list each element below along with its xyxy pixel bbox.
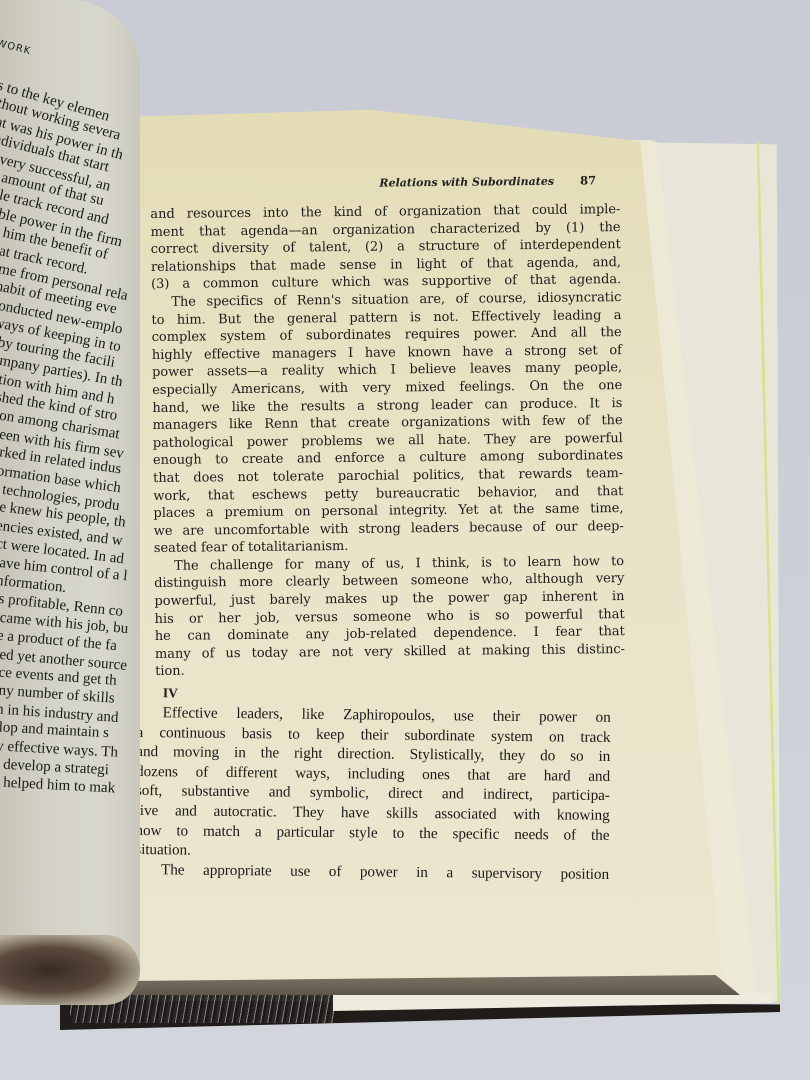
left-page-text: s to the key elemen ithout working sever… [0,70,140,792]
running-head-title: Relations with Subordinates [379,175,554,190]
right-page-text: Relations with Subordinates 87 and resou… [150,173,625,681]
paragraph-3: The challenge for many of us, I think, i… [154,553,625,681]
page-number: 87 [580,173,596,187]
paragraph-1: and resources into the kind of organizat… [150,201,621,294]
left-page: WORK s to the key elemen ithout working … [0,0,140,970]
left-running-head: WORK [0,38,32,57]
section-paragraph-1: Effective leaders, like Zaphiropoulos, u… [135,703,611,865]
left-page-curl [0,935,140,1005]
section-iv: IV Effective leaders, like Zaphiropoulos… [135,685,611,884]
paragraph-2: The specifics of Renn's situation are, o… [151,289,624,558]
